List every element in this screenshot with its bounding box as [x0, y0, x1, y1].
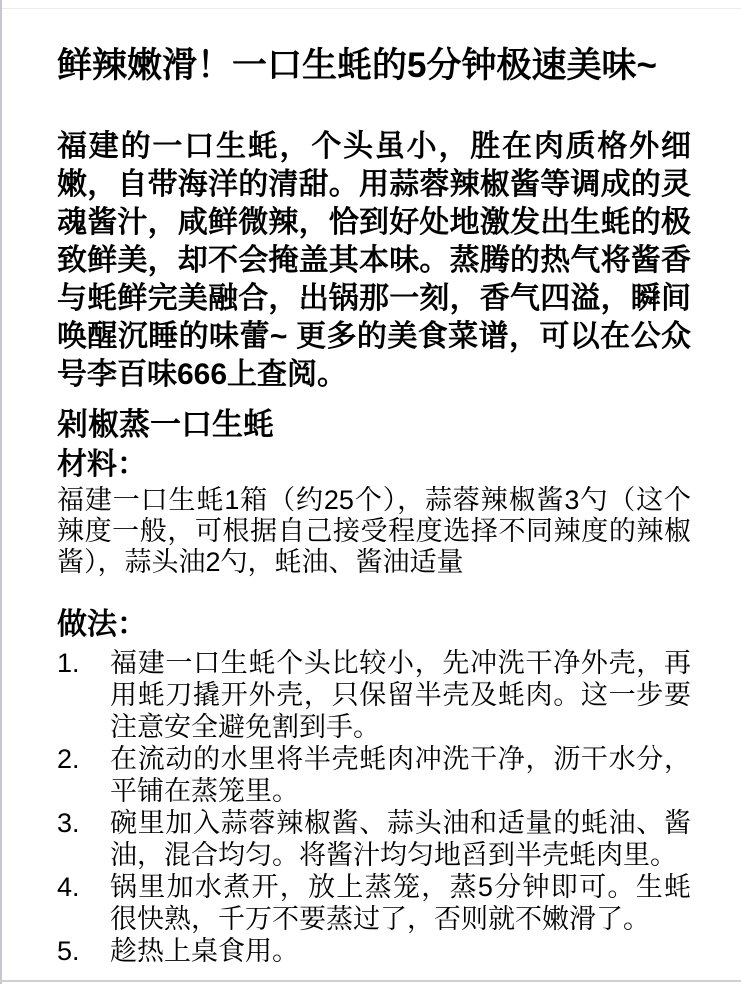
step-text: 在流动的水里将半壳蚝肉冲洗干净，沥干水分，平铺在蒸笼里。	[110, 743, 691, 807]
step-item: 5. 趁热上桌食用。	[57, 935, 691, 967]
materials-text: 福建一口生蚝1箱（约25个），蒜蓉辣椒酱3勺（这个辣度一般，可根据自己接受程度选…	[57, 485, 691, 578]
step-item: 1. 福建一口生蚝个头比较小，先冲洗干净外壳，再用蚝刀撬开外壳，只保留半壳及蚝肉…	[57, 647, 691, 743]
step-text: 锅里加水煮开，放上蒸笼，蒸5分钟即可。生蚝很快熟，千万不要蒸过了，否则就不嫩滑了…	[110, 871, 691, 935]
intro-paragraph: 福建的一口生蚝，个头虽小，胜在肉质格外细嫩，自带海洋的清甜。用蒜蓉辣椒酱等调成的…	[57, 128, 691, 394]
materials-label: 材料：	[57, 445, 691, 485]
steps-label: 做法：	[57, 605, 691, 645]
step-number: 5.	[57, 935, 110, 967]
page-edge-bottom	[0, 980, 741, 982]
step-item: 3. 碗里加入蒜蓉辣椒酱、蒜头油和适量的蚝油、酱油，混合均匀。将酱汁均匀地舀到半…	[57, 807, 691, 871]
steps-list: 1. 福建一口生蚝个头比较小，先冲洗干净外壳，再用蚝刀撬开外壳，只保留半壳及蚝肉…	[57, 647, 691, 967]
step-number: 4.	[57, 871, 110, 903]
step-item: 2. 在流动的水里将半壳蚝肉冲洗干净，沥干水分，平铺在蒸笼里。	[57, 743, 691, 807]
step-text: 碗里加入蒜蓉辣椒酱、蒜头油和适量的蚝油、酱油，混合均匀。将酱汁均匀地舀到半壳蚝肉…	[110, 807, 691, 871]
document-body: 鲜辣嫩滑！一口生蚝的5分钟极速美味~ 福建的一口生蚝，个头虽小，胜在肉质格外细嫩…	[0, 0, 741, 967]
page-title: 鲜辣嫩滑！一口生蚝的5分钟极速美味~	[57, 44, 691, 88]
step-item: 4. 锅里加水煮开，放上蒸笼，蒸5分钟即可。生蚝很快熟，千万不要蒸过了，否则就不…	[57, 871, 691, 935]
step-number: 2.	[57, 743, 110, 775]
step-text: 趁热上桌食用。	[110, 935, 691, 967]
step-number: 1.	[57, 647, 110, 679]
step-text: 福建一口生蚝个头比较小，先冲洗干净外壳，再用蚝刀撬开外壳，只保留半壳及蚝肉。这一…	[110, 647, 691, 743]
step-number: 3.	[57, 807, 110, 839]
recipe-name-heading: 剁椒蒸一口生蚝	[57, 404, 691, 445]
